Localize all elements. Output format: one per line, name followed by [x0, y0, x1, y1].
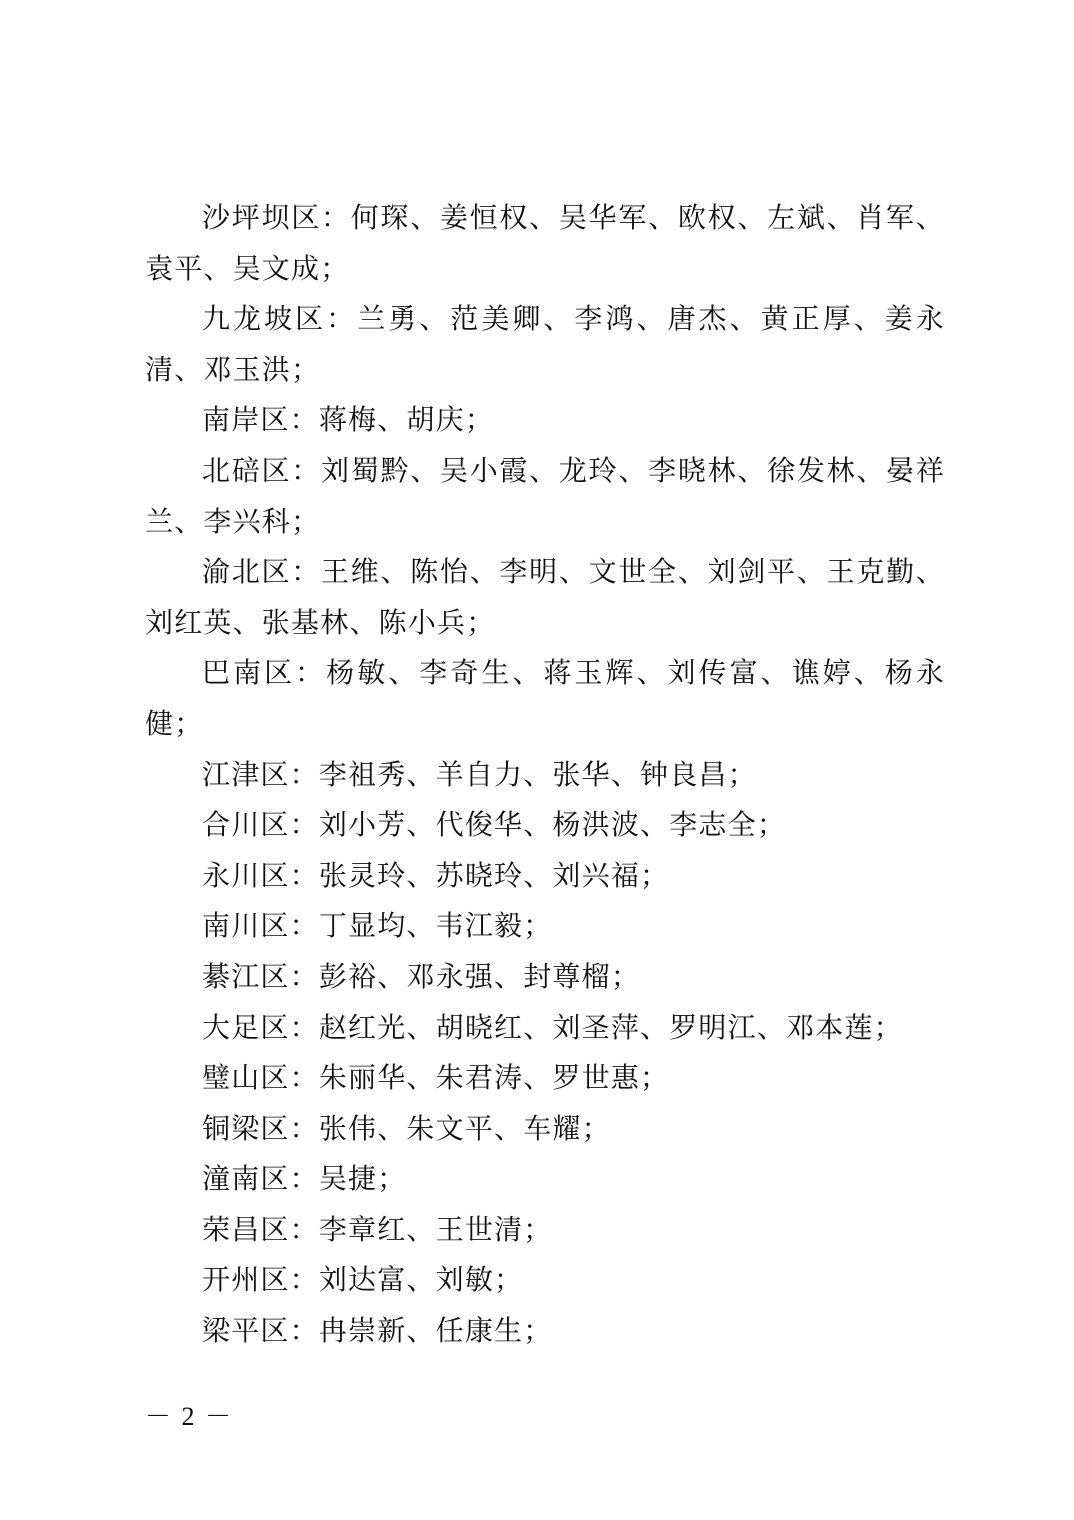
- district-name: 璧山区: [202, 1061, 290, 1094]
- separator: ：: [290, 808, 319, 841]
- separator: ：: [290, 1314, 319, 1347]
- name-list: 冉崇新、任康生；: [319, 1314, 553, 1347]
- name-list: 丁显均、韦江毅；: [319, 909, 553, 942]
- separator: ：: [290, 403, 319, 436]
- district-paragraph: 江津区：李祖秀、羊自力、张华、钟良昌；: [145, 750, 945, 801]
- separator: ：: [290, 1263, 319, 1296]
- name-list: 张伟、朱文平、车耀；: [319, 1112, 611, 1145]
- separator: ：: [290, 1213, 319, 1246]
- district-paragraph: 永川区：张灵玲、苏晓玲、刘兴福；: [145, 851, 945, 902]
- district-paragraph: 铜梁区：张伟、朱文平、车耀；: [145, 1104, 945, 1155]
- district-paragraph: 潼南区：吴捷；: [145, 1154, 945, 1205]
- name-list: 朱丽华、朱君涛、罗世惠；: [319, 1061, 669, 1094]
- separator: ：: [321, 201, 351, 234]
- separator: ：: [290, 1162, 319, 1195]
- separator: ：: [326, 302, 357, 335]
- separator: ：: [290, 1112, 319, 1145]
- document-body: 沙坪坝区：何琛、姜恒权、吴华军、欧权、左斌、肖军、袁平、吴文成； 九龙坡区：兰勇…: [145, 193, 945, 1357]
- separator: ：: [291, 555, 321, 588]
- district-name: 荣昌区: [202, 1213, 290, 1246]
- district-name: 沙坪坝区: [202, 201, 321, 234]
- separator: ：: [290, 1011, 319, 1044]
- district-paragraph: 荣昌区：李章红、王世清；: [145, 1205, 945, 1256]
- district-paragraph: 开州区：刘达富、刘敏；: [145, 1255, 945, 1306]
- district-paragraph: 合川区：刘小芳、代俊华、杨洪波、李志全；: [145, 800, 945, 851]
- district-name: 永川区: [202, 859, 290, 892]
- separator: ：: [290, 960, 319, 993]
- district-paragraph: 綦江区：彭裕、邓永强、封尊榴；: [145, 952, 945, 1003]
- district-name: 渝北区: [202, 555, 291, 588]
- name-list: 刘小芳、代俊华、杨洪波、李志全；: [319, 808, 786, 841]
- district-paragraph: 北碚区：刘蜀黔、吴小霞、龙玲、李晓林、徐发林、晏祥兰、李兴科；: [145, 446, 945, 547]
- district-paragraph: 沙坪坝区：何琛、姜恒权、吴华军、欧权、左斌、肖军、袁平、吴文成；: [145, 193, 945, 294]
- district-name: 潼南区: [202, 1162, 290, 1195]
- district-name: 九龙坡区: [202, 302, 326, 335]
- separator: ：: [290, 909, 319, 942]
- district-paragraph: 南岸区：蒋梅、胡庆；: [145, 395, 945, 446]
- district-paragraph: 璧山区：朱丽华、朱君涛、罗世惠；: [145, 1053, 945, 1104]
- name-list: 李祖秀、羊自力、张华、钟良昌；: [319, 758, 757, 791]
- district-name: 合川区: [202, 808, 290, 841]
- page-number: － 2 －: [145, 1396, 233, 1433]
- name-list: 张灵玲、苏晓玲、刘兴福；: [319, 859, 669, 892]
- separator: ：: [295, 656, 326, 689]
- district-name: 南川区: [202, 909, 290, 942]
- district-name: 大足区: [202, 1011, 290, 1044]
- district-paragraph: 渝北区：王维、陈怡、李明、文世全、刘剑平、王克勤、刘红英、张基林、陈小兵；: [145, 547, 945, 648]
- name-list: 赵红光、胡晓红、刘圣萍、罗明江、邓本莲；: [319, 1011, 903, 1044]
- name-list: 刘达富、刘敏；: [319, 1263, 523, 1296]
- district-paragraph: 南川区：丁显均、韦江毅；: [145, 901, 945, 952]
- district-name: 开州区: [202, 1263, 290, 1296]
- district-name: 梁平区: [202, 1314, 290, 1347]
- name-list: 李章红、王世清；: [319, 1213, 553, 1246]
- separator: ：: [290, 859, 319, 892]
- district-name: 南岸区: [202, 403, 290, 436]
- district-paragraph: 九龙坡区：兰勇、范美卿、李鸿、唐杰、黄正厚、姜永清、邓玉洪；: [145, 294, 945, 395]
- district-name: 綦江区: [202, 960, 290, 993]
- separator: ：: [290, 1061, 319, 1094]
- district-name: 江津区: [202, 758, 290, 791]
- separator: ：: [290, 758, 319, 791]
- district-name: 北碚区: [202, 454, 291, 487]
- district-paragraph: 梁平区：冉崇新、任康生；: [145, 1306, 945, 1357]
- name-list: 彭裕、邓永强、封尊榴；: [319, 960, 640, 993]
- district-name: 巴南区: [202, 656, 295, 689]
- name-list: 吴捷；: [319, 1162, 407, 1195]
- separator: ：: [291, 454, 321, 487]
- district-name: 铜梁区: [202, 1112, 290, 1145]
- name-list: 蒋梅、胡庆；: [319, 403, 494, 436]
- district-paragraph: 巴南区：杨敏、李奇生、蒋玉辉、刘传富、谯婷、杨永健；: [145, 648, 945, 749]
- district-paragraph: 大足区：赵红光、胡晓红、刘圣萍、罗明江、邓本莲；: [145, 1003, 945, 1054]
